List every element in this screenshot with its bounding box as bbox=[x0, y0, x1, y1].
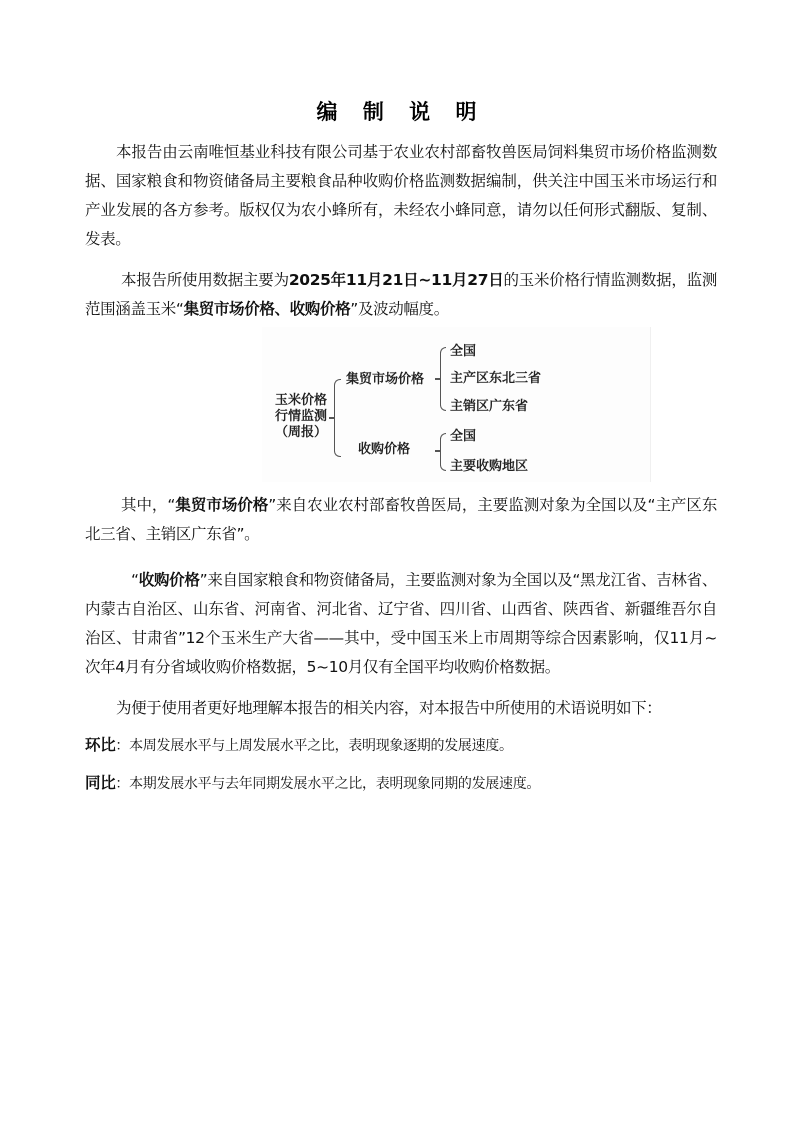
data-scope-paragraph: 本报告所使用数据主要为2025年11月21日~11月27日的玉米价格行情监测数据… bbox=[85, 266, 717, 324]
purchase-prefix: “ bbox=[131, 571, 139, 589]
purchase-price-term: 收购价格 bbox=[139, 571, 200, 589]
market-child-guangdong: 主销区广东省 bbox=[450, 399, 528, 415]
root-brace-tick bbox=[329, 417, 334, 419]
intro-paragraph: 本报告由云南唯恒基业科技有限公司基于农业农村部畜牧兽医局饲料集贸市场价格监测数据… bbox=[85, 138, 717, 254]
definition-term: 同比 bbox=[85, 774, 115, 792]
scope-prefix: 本报告所使用数据主要为 bbox=[121, 271, 289, 289]
market-price-paragraph: 其中，“集贸市场价格”来自农业农村部畜牧兽医局，主要监测对象为全国以及“主产区东… bbox=[85, 491, 717, 549]
market-child-northeast: 主产区东北三省 bbox=[450, 371, 541, 387]
scope-suffix: 及波动幅度。 bbox=[358, 300, 449, 318]
definition-yoy: 同比：本期发展水平与去年同期发展水平之比，表明现象同期的发展速度。 bbox=[85, 772, 717, 795]
market-brace bbox=[440, 347, 446, 411]
definition-text: 本期发展水平与去年同期发展水平之比，表明现象同期的发展速度。 bbox=[129, 776, 540, 792]
quote-close: ” bbox=[350, 300, 358, 318]
market-price-term: 集贸市场价格 bbox=[175, 496, 268, 514]
definition-mom: 环比：本周发展水平与上周发展水平之比，表明现象逐期的发展速度。 bbox=[85, 734, 717, 757]
root-line-3: （周报） bbox=[272, 425, 330, 441]
root-line-1: 玉米价格 bbox=[272, 393, 330, 409]
terminology-intro: 为便于使用者更好地理解本报告的相关内容，对本报告中所使用的术语说明如下： bbox=[85, 694, 717, 723]
root-brace bbox=[334, 379, 341, 457]
root-line-2: 行情监测 bbox=[272, 409, 330, 425]
definition-separator: ： bbox=[115, 738, 129, 754]
purchase-brace-tick bbox=[435, 450, 440, 452]
purchase-child-regions: 主要收购地区 bbox=[450, 459, 528, 475]
definition-term: 环比 bbox=[85, 736, 115, 754]
definition-separator: ： bbox=[115, 776, 129, 792]
market-child-national: 全国 bbox=[450, 344, 476, 360]
date-range: 2025年11月21日~11月27日 bbox=[289, 271, 504, 289]
quote-open: “ bbox=[176, 300, 184, 318]
market-prefix: 其中，“ bbox=[121, 496, 175, 514]
purchase-brace bbox=[440, 433, 446, 471]
monitoring-scope-diagram: 玉米价格 行情监测 （周报） 集贸市场价格 收购价格 全国 主产区东北三省 主销… bbox=[262, 327, 651, 482]
branch-market-price: 集贸市场价格 bbox=[346, 372, 424, 388]
purchase-price-paragraph: “收购价格”来自国家粮食和物资储备局，主要监测对象为全国以及“黑龙江省、吉林省、… bbox=[85, 566, 717, 682]
purchase-child-national: 全国 bbox=[450, 429, 476, 445]
branch-purchase-price: 收购价格 bbox=[358, 442, 410, 458]
scope-terms: 集贸市场价格、收购价格 bbox=[184, 300, 351, 318]
diagram-root: 玉米价格 行情监测 （周报） bbox=[272, 393, 330, 441]
definition-text: 本周发展水平与上周发展水平之比，表明现象逐期的发展速度。 bbox=[129, 738, 513, 754]
market-brace-tick bbox=[435, 378, 440, 380]
page-title: 编 制 说 明 bbox=[85, 98, 717, 126]
